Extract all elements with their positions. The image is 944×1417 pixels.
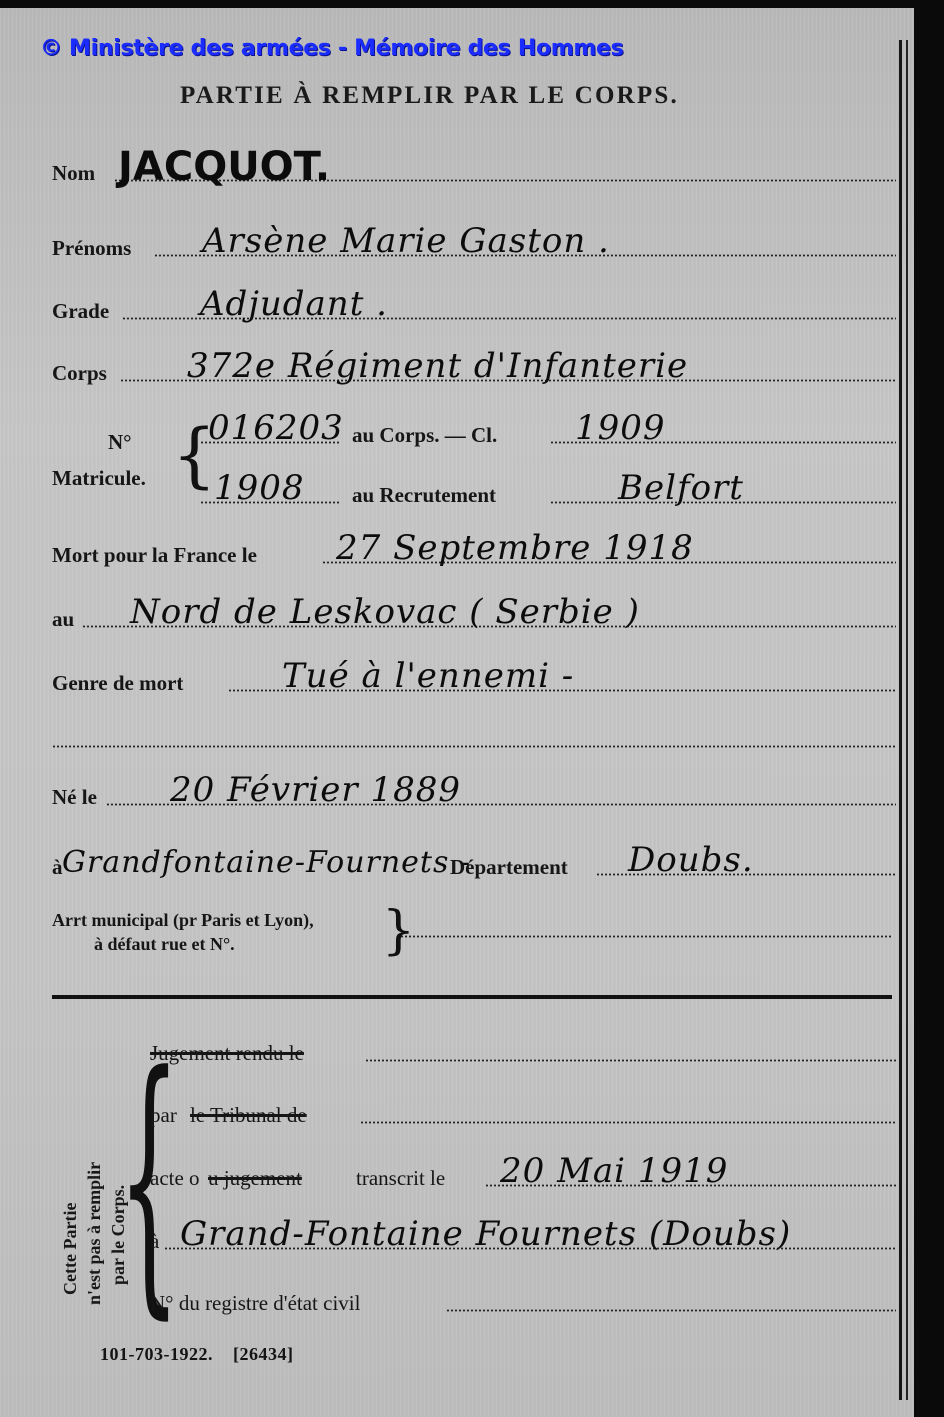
- side-note-line-1: Cette Partie: [60, 1203, 81, 1295]
- ne-a-value: Grandfontaine-Fournets -: [62, 845, 471, 880]
- nom-value: JACQUOT.: [118, 144, 330, 190]
- transcrit-prefix: acte o: [150, 1166, 200, 1191]
- lieu-value: Grand-Fontaine Fournets (Doubs): [180, 1214, 791, 1254]
- dotted-line: [360, 1121, 896, 1124]
- corps-label: Corps: [52, 361, 107, 386]
- corps-value: 372e Régiment d'Infanterie: [187, 346, 688, 386]
- departement-label: Département: [450, 855, 568, 880]
- recrutement-place-value: Belfort: [618, 468, 744, 508]
- transcrit-value: 20 Mai 1919: [500, 1151, 728, 1191]
- field-ne-le: Né le 20 Février 1889: [52, 774, 896, 814]
- right-border-rule-inner: [906, 40, 908, 1400]
- jugement-label: Jugement rendu le: [150, 1041, 304, 1066]
- field-tribunal: par le Tribunal de: [150, 1092, 896, 1132]
- recrutement-label: au Recrutement: [352, 483, 496, 508]
- field-nom: Nom JACQUOT.: [52, 150, 896, 190]
- tribunal-prefix: par: [150, 1103, 177, 1128]
- copyright-watermark: © Ministère des armées - Mémoire des Hom…: [40, 36, 623, 61]
- mort-a-label: au: [52, 607, 74, 632]
- au-corps-label: au Corps. — Cl.: [352, 423, 497, 448]
- field-mort-le: Mort pour la France le 27 Septembre 1918: [52, 532, 896, 572]
- dotted-line: [400, 935, 892, 938]
- field-jugement: Jugement rendu le: [150, 1030, 896, 1070]
- transcrit-struck: u jugement: [208, 1166, 302, 1191]
- ne-le-label: Né le: [52, 785, 97, 810]
- side-note-line-2: n'est pas à remplir: [84, 1162, 105, 1305]
- departement-value: Doubs.: [628, 840, 754, 880]
- field-transcrit: acte o u jugement transcrit le 20 Mai 19…: [150, 1155, 896, 1195]
- field-corps: Corps 372e Régiment d'Infanterie: [52, 350, 896, 390]
- classe-value: 1909: [575, 408, 666, 448]
- print-reference: [26434]: [233, 1344, 294, 1364]
- prenoms-label: Prénoms: [52, 236, 131, 261]
- ne-a-label: à: [52, 855, 63, 880]
- mort-le-value: 27 Septembre 1918: [336, 528, 694, 568]
- genre-mort-value: Tué à l'ennemi -: [282, 656, 574, 696]
- section-divider: [52, 995, 892, 999]
- arrondissement-label-1: Arrt municipal (pr Paris et Lyon),: [52, 910, 314, 931]
- field-ne-a: à Grandfontaine-Fournets - Département D…: [52, 844, 896, 884]
- matricule-recrutement-row: 1908 au Recrutement Belfort: [200, 472, 896, 512]
- arrondissement-label-2: à défaut rue et N°.: [94, 934, 235, 955]
- blank-line: [52, 716, 896, 756]
- genre-mort-label: Genre de mort: [52, 671, 183, 696]
- form-title: PARTIE À REMPLIR PAR LE CORPS.: [180, 82, 679, 110]
- lieu-label: à: [150, 1229, 159, 1254]
- matricule-au-corps-value: 016203: [208, 408, 344, 448]
- ne-le-value: 20 Février 1889: [170, 770, 461, 810]
- dotted-line: [52, 745, 896, 748]
- field-lieu: à Grand-Fontaine Fournets (Doubs): [150, 1218, 896, 1258]
- prenoms-value: Arsène Marie Gaston .: [202, 221, 610, 261]
- form-code: 101-703-1922.: [100, 1344, 213, 1364]
- field-registre: N° du registre d'état civil: [150, 1280, 896, 1320]
- transcrit-suffix: transcrit le: [356, 1166, 445, 1191]
- tribunal-label: le Tribunal de: [190, 1103, 307, 1128]
- grade-value: Adjudant .: [200, 284, 388, 324]
- field-genre-mort: Genre de mort Tué à l'ennemi -: [52, 660, 896, 700]
- matricule-no-label: N°: [108, 430, 132, 455]
- field-grade: Grade Adjudant .: [52, 288, 896, 328]
- grade-label: Grade: [52, 299, 109, 324]
- nom-label: Nom: [52, 161, 95, 186]
- mort-a-value: Nord de Leskovac ( Serbie ): [130, 592, 640, 632]
- mort-le-label: Mort pour la France le: [52, 543, 257, 568]
- right-border-rule: [899, 40, 902, 1400]
- dotted-line: [365, 1059, 896, 1062]
- matricule-au-corps-row: 016203 au Corps. — Cl. 1909: [200, 412, 896, 452]
- dotted-line: [446, 1309, 896, 1312]
- registre-label: N° du registre d'état civil: [150, 1291, 360, 1316]
- form-footer: 101-703-1922. [26434]: [100, 1344, 294, 1365]
- field-mort-a: au Nord de Leskovac ( Serbie ): [52, 596, 896, 636]
- field-prenoms: Prénoms Arsène Marie Gaston .: [52, 225, 896, 265]
- matricule-recrutement-value: 1908: [214, 468, 305, 508]
- arrondissement-brace: }: [382, 905, 415, 957]
- matricule-label: Matricule.: [52, 466, 146, 491]
